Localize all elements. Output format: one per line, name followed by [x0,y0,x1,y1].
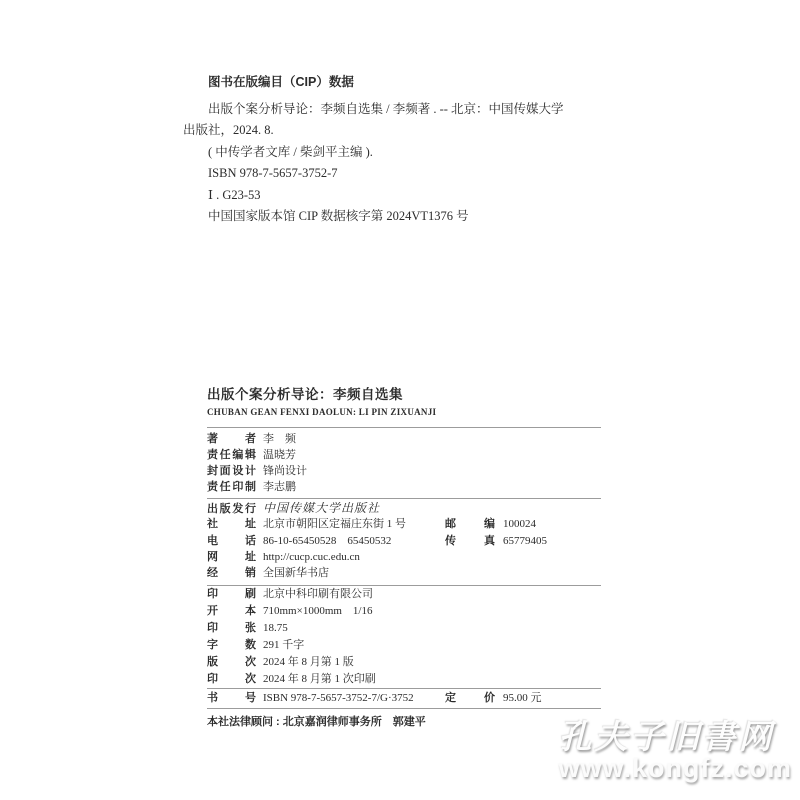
website-label: 网址 [207,549,256,565]
credit-row: 著者李 频 [207,431,602,447]
cip-heading: 图书在版编目（CIP）数据 [183,72,623,94]
phone-label: 电话 [207,533,256,549]
credit-label: 封面设计 [207,463,256,479]
sheets-value: 18.75 [263,622,288,634]
edition-label: 版次 [207,654,256,671]
cip-line: ISBN 978-7-5657-3752-7 [183,163,623,185]
printing-row: 印张18.75 [207,620,602,637]
printing-row: 版次2024 年 8 月第 1 版 [207,654,602,671]
format-value: 710mm×1000mm 1/16 [263,605,372,617]
distribution-label: 经销 [207,565,256,581]
publisher-block: 出版发行中国传媒大学出版社 社址北京市朝阳区定福庄东街 1 号 邮编100024… [207,500,602,581]
printing-value: 北京中科印刷有限公司 [263,588,373,600]
website-value: http://cucp.cuc.edu.cn [263,551,360,563]
watermark-site-name: 孔夫子旧書网 [558,720,792,754]
publisher-value: 北京市朝阳区定福庄东街 1 号 [263,518,406,530]
printing-label: 印刷 [207,586,256,603]
credit-value: 温晓芳 [263,449,296,461]
printing-row: 字数291 千字 [207,637,602,654]
publisher-row: 出版发行中国传媒大学出版社 [207,500,602,516]
postcode-label: 邮编 [445,516,495,532]
credit-value: 李志鹏 [263,481,296,493]
price-value: 95.00 元 [503,690,542,707]
postcode-value: 100024 [503,516,536,532]
cip-line: 出版个案分析导论：李频自选集 / 李频著 . -- 北京：中国传媒大学 [183,99,623,121]
wordcount-label: 字数 [207,637,256,654]
printing-row: 印次2024 年 8 月第 1 次印刷 [207,671,602,688]
credit-row: 责任印制李志鹏 [207,479,602,495]
impression-value: 2024 年 8 月第 1 次印刷 [263,673,376,685]
watermark: 孔夫子旧書网 www.kongfz.com [558,720,792,782]
format-label: 开本 [207,603,256,620]
credit-row: 责任编辑温晓芳 [207,447,602,463]
divider [207,688,601,689]
cip-line: ( 中传学者文库 / 柴剑平主编 ). [183,142,623,164]
phone-value: 86-10-65450528 65450532 [263,535,391,547]
impression-label: 印次 [207,671,256,688]
isbn-value: ISBN 978-7-5657-3752-7/G·3752 [263,692,414,704]
credit-value: 锋尚设计 [263,465,307,477]
credit-label: 责任印制 [207,479,256,495]
watermark-site-url: www.kongfz.com [558,754,792,782]
divider [207,498,601,499]
printing-row: 开本710mm×1000mm 1/16 [207,603,602,620]
legal-counsel-line: 本社法律顾问 : 北京嘉润律师事务所 郭建平 [207,714,607,730]
publisher-logo-text: 中国传媒大学出版社 [263,501,380,515]
wordcount-value: 291 千字 [263,639,304,651]
book-title-pinyin: CHUBAN GEAN FENXI DAOLUN: LI PIN ZIXUANJ… [207,407,602,417]
fax-label: 传真 [445,533,495,549]
fax-value: 65779405 [503,533,547,549]
sheets-label: 印张 [207,620,256,637]
printing-block: 印刷北京中科印刷有限公司 开本710mm×1000mm 1/16 印张18.75… [207,586,602,688]
cip-line: Ⅰ . G23-53 [183,185,623,207]
credit-value: 李 频 [263,433,296,445]
credit-label: 著者 [207,431,256,447]
isbn-label: 书号 [207,690,256,707]
printing-row: 印刷北京中科印刷有限公司 [207,586,602,603]
distribution-value: 全国新华书店 [263,567,329,579]
credit-row: 封面设计锋尚设计 [207,463,602,479]
book-title: 出版个案分析导论：李频自选集 [207,387,602,402]
cip-line: 中国国家版本馆 CIP 数据核字第 2024VT1376 号 [183,206,623,228]
publisher-row: 电话86-10-65450528 65450532 传真65779405 [207,533,602,549]
divider [207,708,601,709]
isbn-block: 书号ISBN 978-7-5657-3752-7/G·3752 定价95.00 … [207,690,602,707]
publisher-row: 经销全国新华书店 [207,565,602,581]
isbn-row: 书号ISBN 978-7-5657-3752-7/G·3752 定价95.00 … [207,690,602,707]
divider [207,427,601,428]
edition-value: 2024 年 8 月第 1 版 [263,656,354,668]
publisher-label: 出版发行 [207,501,256,517]
credits-block: 著者李 频 责任编辑温晓芳 封面设计锋尚设计 责任印制李志鹏 [207,431,602,495]
publisher-row: 网址http://cucp.cuc.edu.cn [207,549,602,565]
cip-line: 出版社，2024. 8. [183,120,623,142]
title-block: 出版个案分析导论：李频自选集 CHUBAN GEAN FENXI DAOLUN:… [207,387,602,417]
price-label: 定价 [445,690,495,707]
cip-block: 图书在版编目（CIP）数据 出版个案分析导论：李频自选集 / 李频著 . -- … [183,72,623,228]
credit-label: 责任编辑 [207,447,256,463]
publisher-label: 社址 [207,516,256,532]
publisher-row: 社址北京市朝阳区定福庄东街 1 号 邮编100024 [207,516,602,532]
